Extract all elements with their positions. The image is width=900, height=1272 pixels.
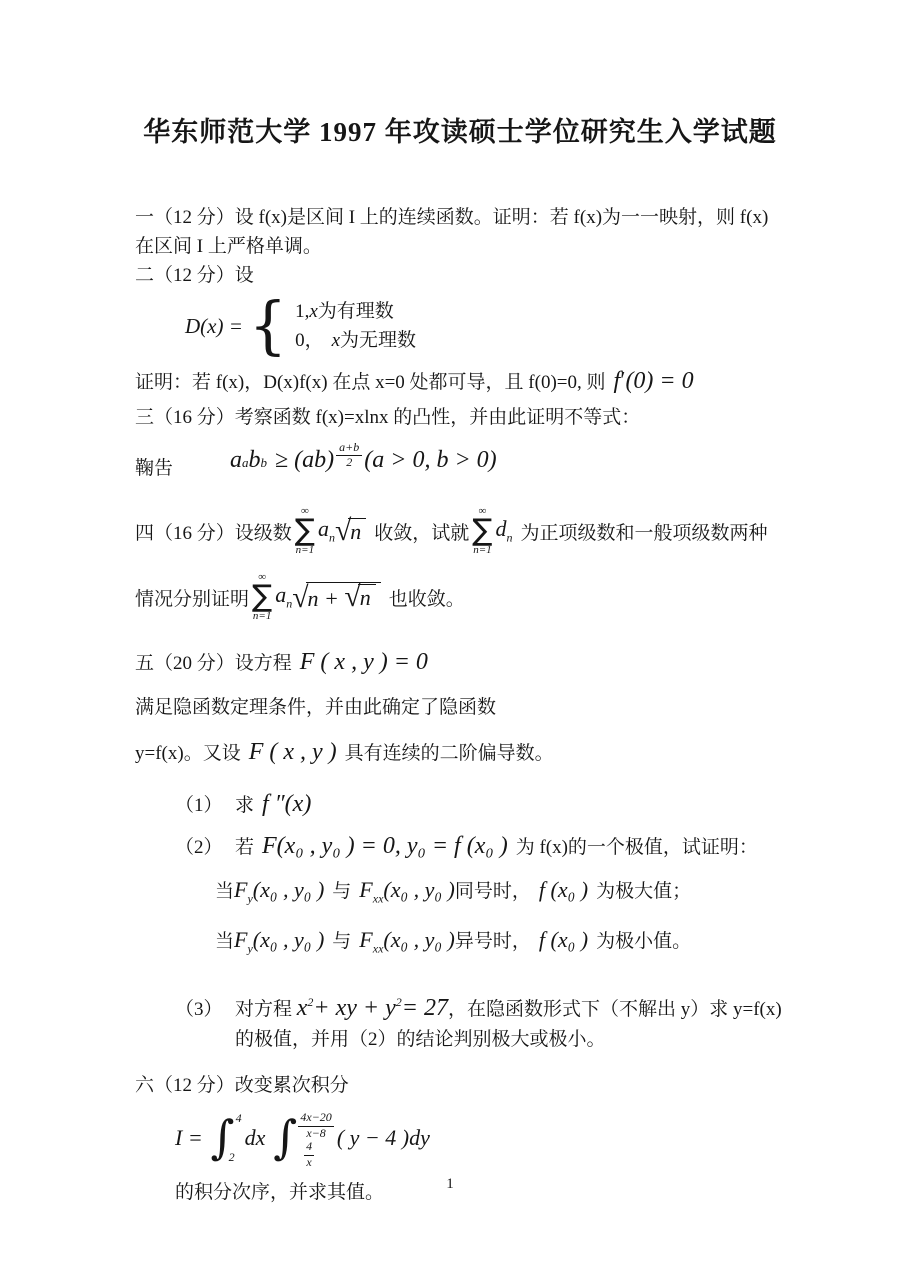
item3-number: （3） xyxy=(175,994,235,1021)
F-var: F xyxy=(234,877,247,902)
q3-intro: 三（16 分）考察函数 f(x)=xlnx 的凸性，并由此证明不等式： xyxy=(135,403,785,432)
int1-lower: 2 xyxy=(229,1150,235,1165)
q1-line1: 一（12 分）设 f(x)是区间 I 上的连续函数。证明：若 f(x)为一一映射… xyxy=(135,203,785,232)
case-2: 0，x为无理数 xyxy=(295,327,416,354)
radicand-n: n xyxy=(348,518,366,544)
page-number: 1 xyxy=(0,1176,900,1193)
term-d: d xyxy=(496,516,507,541)
dx-term: dx xyxy=(245,1125,266,1151)
page-content: 华东师范大学 1997 年攻读硕士学位研究生入学试题 一（12 分）设 f(x)… xyxy=(0,0,900,1207)
outer-radicand: n + √n xyxy=(306,582,381,611)
F-var: F xyxy=(359,877,372,902)
sigma-icon: ∑ xyxy=(472,517,492,546)
q5-pre-text: 五（20 分）设方程 xyxy=(135,642,292,686)
q5-item-3: （3） 对方程 x2+ xy + y2= 27，在隐函数形式下（不解出 y）求 … xyxy=(135,987,785,1055)
sum-lower-limit: n=1 xyxy=(473,545,491,556)
q5-line2: y=f(x)。又设 F ( x , y ) 具有连续的二阶偏导数。 xyxy=(135,730,785,776)
function-F: F ( x , y ) xyxy=(249,730,337,774)
case1-variable: x xyxy=(309,301,317,322)
item3-body: 对方程 x2+ xy + y2= 27，在隐函数形式下（不解出 y）求 y=f(… xyxy=(235,987,782,1055)
exp-denominator: 2 xyxy=(346,456,352,470)
cond-mid: 与 xyxy=(332,872,351,912)
sum-operator-3: ∞∑n=1 xyxy=(252,572,272,623)
item3-post: ，在隐函数形式下（不解出 y）求 y=f(x) xyxy=(448,999,782,1020)
upper-numerator: 4x−20 xyxy=(298,1111,333,1127)
term-a2: a xyxy=(275,582,286,607)
q5-item-1: （1） 求 f ″(x) xyxy=(135,790,785,818)
q3-inequality-row: 鞠吿 aabb ≥ (ab) a+b2 (a > 0, b > 0) xyxy=(135,440,785,492)
result-min: 为极小值。 xyxy=(596,922,691,962)
q4-pre-text: 四（16 分）设级数 xyxy=(135,518,292,545)
inner-radicand: n xyxy=(358,584,376,610)
inner-sqrt: √n xyxy=(344,584,375,610)
q2-derivative-formula: f′(0) = 0 xyxy=(614,368,694,395)
item3-line2: 的极值，并用（2）的结论判别极大或极小。 xyxy=(235,1029,606,1050)
q4-line2: 情况分别证明 ∞∑n=1 an √n + √n 也收敛。 xyxy=(135,566,785,628)
integral1-limits: 42 xyxy=(233,1111,239,1165)
q4-line1: 四（16 分）设级数 ∞∑n=1 an √n 收敛，试就 ∞∑n=1 dn 为正… xyxy=(135,498,785,564)
page-title: 华东师范大学 1997 年攻读硕士学位研究生入学试题 xyxy=(135,0,785,149)
sigma-icon: ∑ xyxy=(252,583,272,612)
F-var: F xyxy=(359,927,372,952)
q2-proof-text: 证明：若 f(x)，D(x)f(x) 在点 x=0 处都可导，且 f(0)=0,… xyxy=(135,367,606,394)
q2-intro: 二（12 分）设 xyxy=(135,261,785,290)
F-sub-xx: xx xyxy=(373,942,384,956)
q2-proof-line: 证明：若 f(x)，D(x)f(x) 在点 x=0 处都可导，且 f(0)=0,… xyxy=(135,367,785,395)
sigma-icon: ∑ xyxy=(295,517,315,546)
fx0-value: f (x₀ ) xyxy=(539,920,588,960)
eq-mid: + xy + y xyxy=(313,995,395,1021)
exp-numerator: a+b xyxy=(336,441,362,456)
q5-case-same-sign: 当 Fy(x₀ , y₀ ) 与 Fxx(x₀ , y₀ ) 同号时， f (x… xyxy=(135,870,785,918)
F-args: (x₀ , y₀ ) xyxy=(383,927,454,952)
case2-text: 为无理数 xyxy=(340,330,416,351)
fx0-value: f (x₀ ) xyxy=(539,870,588,910)
eq-x: x xyxy=(297,995,308,1021)
dx-lhs: D(x) = xyxy=(185,314,243,339)
outer-term: n + xyxy=(308,586,339,611)
cond-mid: 与 xyxy=(332,922,351,962)
cond-opposite: 异号时， xyxy=(455,922,531,962)
eq-end: = 27 xyxy=(402,995,448,1021)
q4-line2-post: 也收敛。 xyxy=(389,584,465,611)
implicit-equation: F ( x , y ) = 0 xyxy=(300,640,428,684)
var-b: b xyxy=(249,447,261,474)
case-1: 1,x为有理数 xyxy=(295,298,416,325)
cond-pre: 当 xyxy=(215,922,234,962)
item2-pre: 若 xyxy=(235,832,254,859)
F-args: (x₀ , y₀ ) xyxy=(383,877,454,902)
case2-variable: x xyxy=(332,330,340,351)
nested-sqrt: √n + √n xyxy=(292,582,380,611)
int1-upper: 4 xyxy=(236,1111,242,1126)
integrand: ( y − 4 )dy xyxy=(337,1125,430,1151)
left-brace: { xyxy=(249,298,287,355)
item3-pre: 对方程 xyxy=(235,999,292,1020)
q6-integral-formula: I = ∫ 42 dx ∫ 4x−20x−8 4x ( y − 4 )dy xyxy=(175,1106,785,1170)
cond-pre: 当 xyxy=(215,872,234,912)
q6-intro: 六（12 分）改变累次积分 xyxy=(135,1071,785,1100)
second-derivative: f ″(x) xyxy=(262,791,311,818)
q4-post-text: 为正项级数和一般项级数两种 xyxy=(521,518,768,545)
lower-denominator: x xyxy=(306,1156,311,1170)
q5-post-text: 满足隐函数定理条件，并由此确定了隐函数 xyxy=(135,686,496,730)
item1-text: 求 xyxy=(235,790,254,817)
exp-b: b xyxy=(261,455,268,471)
domain-condition: (a > 0, b > 0) xyxy=(364,447,496,474)
q5-line2-pre: y=f(x)。又设 xyxy=(135,732,241,776)
exam-document: { "page": { "title": "华东师范大学 1997 年攻读硕士学… xyxy=(0,0,900,1272)
geq-ab: ≥ (ab) xyxy=(275,447,334,474)
F-args: (x₀ , y₀ ) xyxy=(253,927,324,952)
F-var: F xyxy=(234,927,247,952)
sum-lower-limit: n=1 xyxy=(296,545,314,556)
F-sub-xx: xx xyxy=(373,891,384,905)
item2-post: 为 f(x)的一个极值，试证明： xyxy=(516,832,758,859)
term-a: a xyxy=(318,516,329,541)
int2-lower-fraction: 4x xyxy=(291,1140,326,1170)
F-args: (x₀ , y₀ ) xyxy=(253,877,324,902)
q3-inequality: aabb ≥ (ab) a+b2 (a > 0, b > 0) xyxy=(230,447,497,486)
upper-denominator: x−8 xyxy=(306,1127,325,1141)
q2-cases-formula: D(x) = { 1,x为有理数 0，x为无理数 xyxy=(185,294,785,358)
q5-line1: 五（20 分）设方程 F ( x , y ) = 0 满足隐函数定理条件，并由此… xyxy=(135,640,785,730)
case1-value: 1, xyxy=(295,301,309,322)
case1-text: 为有理数 xyxy=(318,301,394,322)
item2-number: （2） xyxy=(175,832,235,859)
q3-label: 鞠吿 xyxy=(135,453,230,480)
q5-item-2: （2） 若 F(x₀ , y₀ ) = 0, y₀ = f (x₀ ) 为 f(… xyxy=(135,832,785,860)
sum-lower-limit: n=1 xyxy=(253,611,271,622)
int2-upper-fraction: 4x−20x−8 xyxy=(298,1111,333,1141)
question-1: 一（12 分）设 f(x)是区间 I 上的连续函数。证明：若 f(x)为一一映射… xyxy=(135,203,785,290)
case-rows: 1,x为有理数 0，x为无理数 xyxy=(295,298,416,354)
q1-line2: 在区间 I 上严格单调。 xyxy=(135,232,785,261)
item1-number: （1） xyxy=(175,790,235,817)
var-a: a xyxy=(230,447,242,474)
lower-numerator: 4 xyxy=(304,1140,314,1156)
cond-same: 同号时， xyxy=(455,872,531,912)
sum-operator: ∞∑n=1 xyxy=(295,506,315,557)
sum-operator-2: ∞∑n=1 xyxy=(472,506,492,557)
extremum-condition: F(x₀ , y₀ ) = 0, y₀ = f (x₀ ) xyxy=(262,833,508,860)
q5-line2-post: 具有连续的二阶偏导数。 xyxy=(345,732,554,776)
case2-value: 0， xyxy=(295,330,324,351)
q4-mid-text: 收敛，试就 xyxy=(374,518,469,545)
q5-case-opposite-sign: 当 Fy(x₀ , y₀ ) 与 Fxx(x₀ , y₀ ) 异号时， f (x… xyxy=(135,920,785,968)
sqrt-n: √n xyxy=(335,518,366,544)
deriv-rest: (0) = 0 xyxy=(625,368,693,394)
exponent-fraction: a+b2 xyxy=(336,441,362,470)
integral2-limits: 4x−20x−8 4x xyxy=(295,1111,330,1165)
result-max: 为极大值； xyxy=(596,872,691,912)
integral-lhs: I = xyxy=(175,1125,203,1151)
q4-line2-pre: 情况分别证明 xyxy=(135,584,249,611)
term-d-sub: n xyxy=(507,531,513,545)
